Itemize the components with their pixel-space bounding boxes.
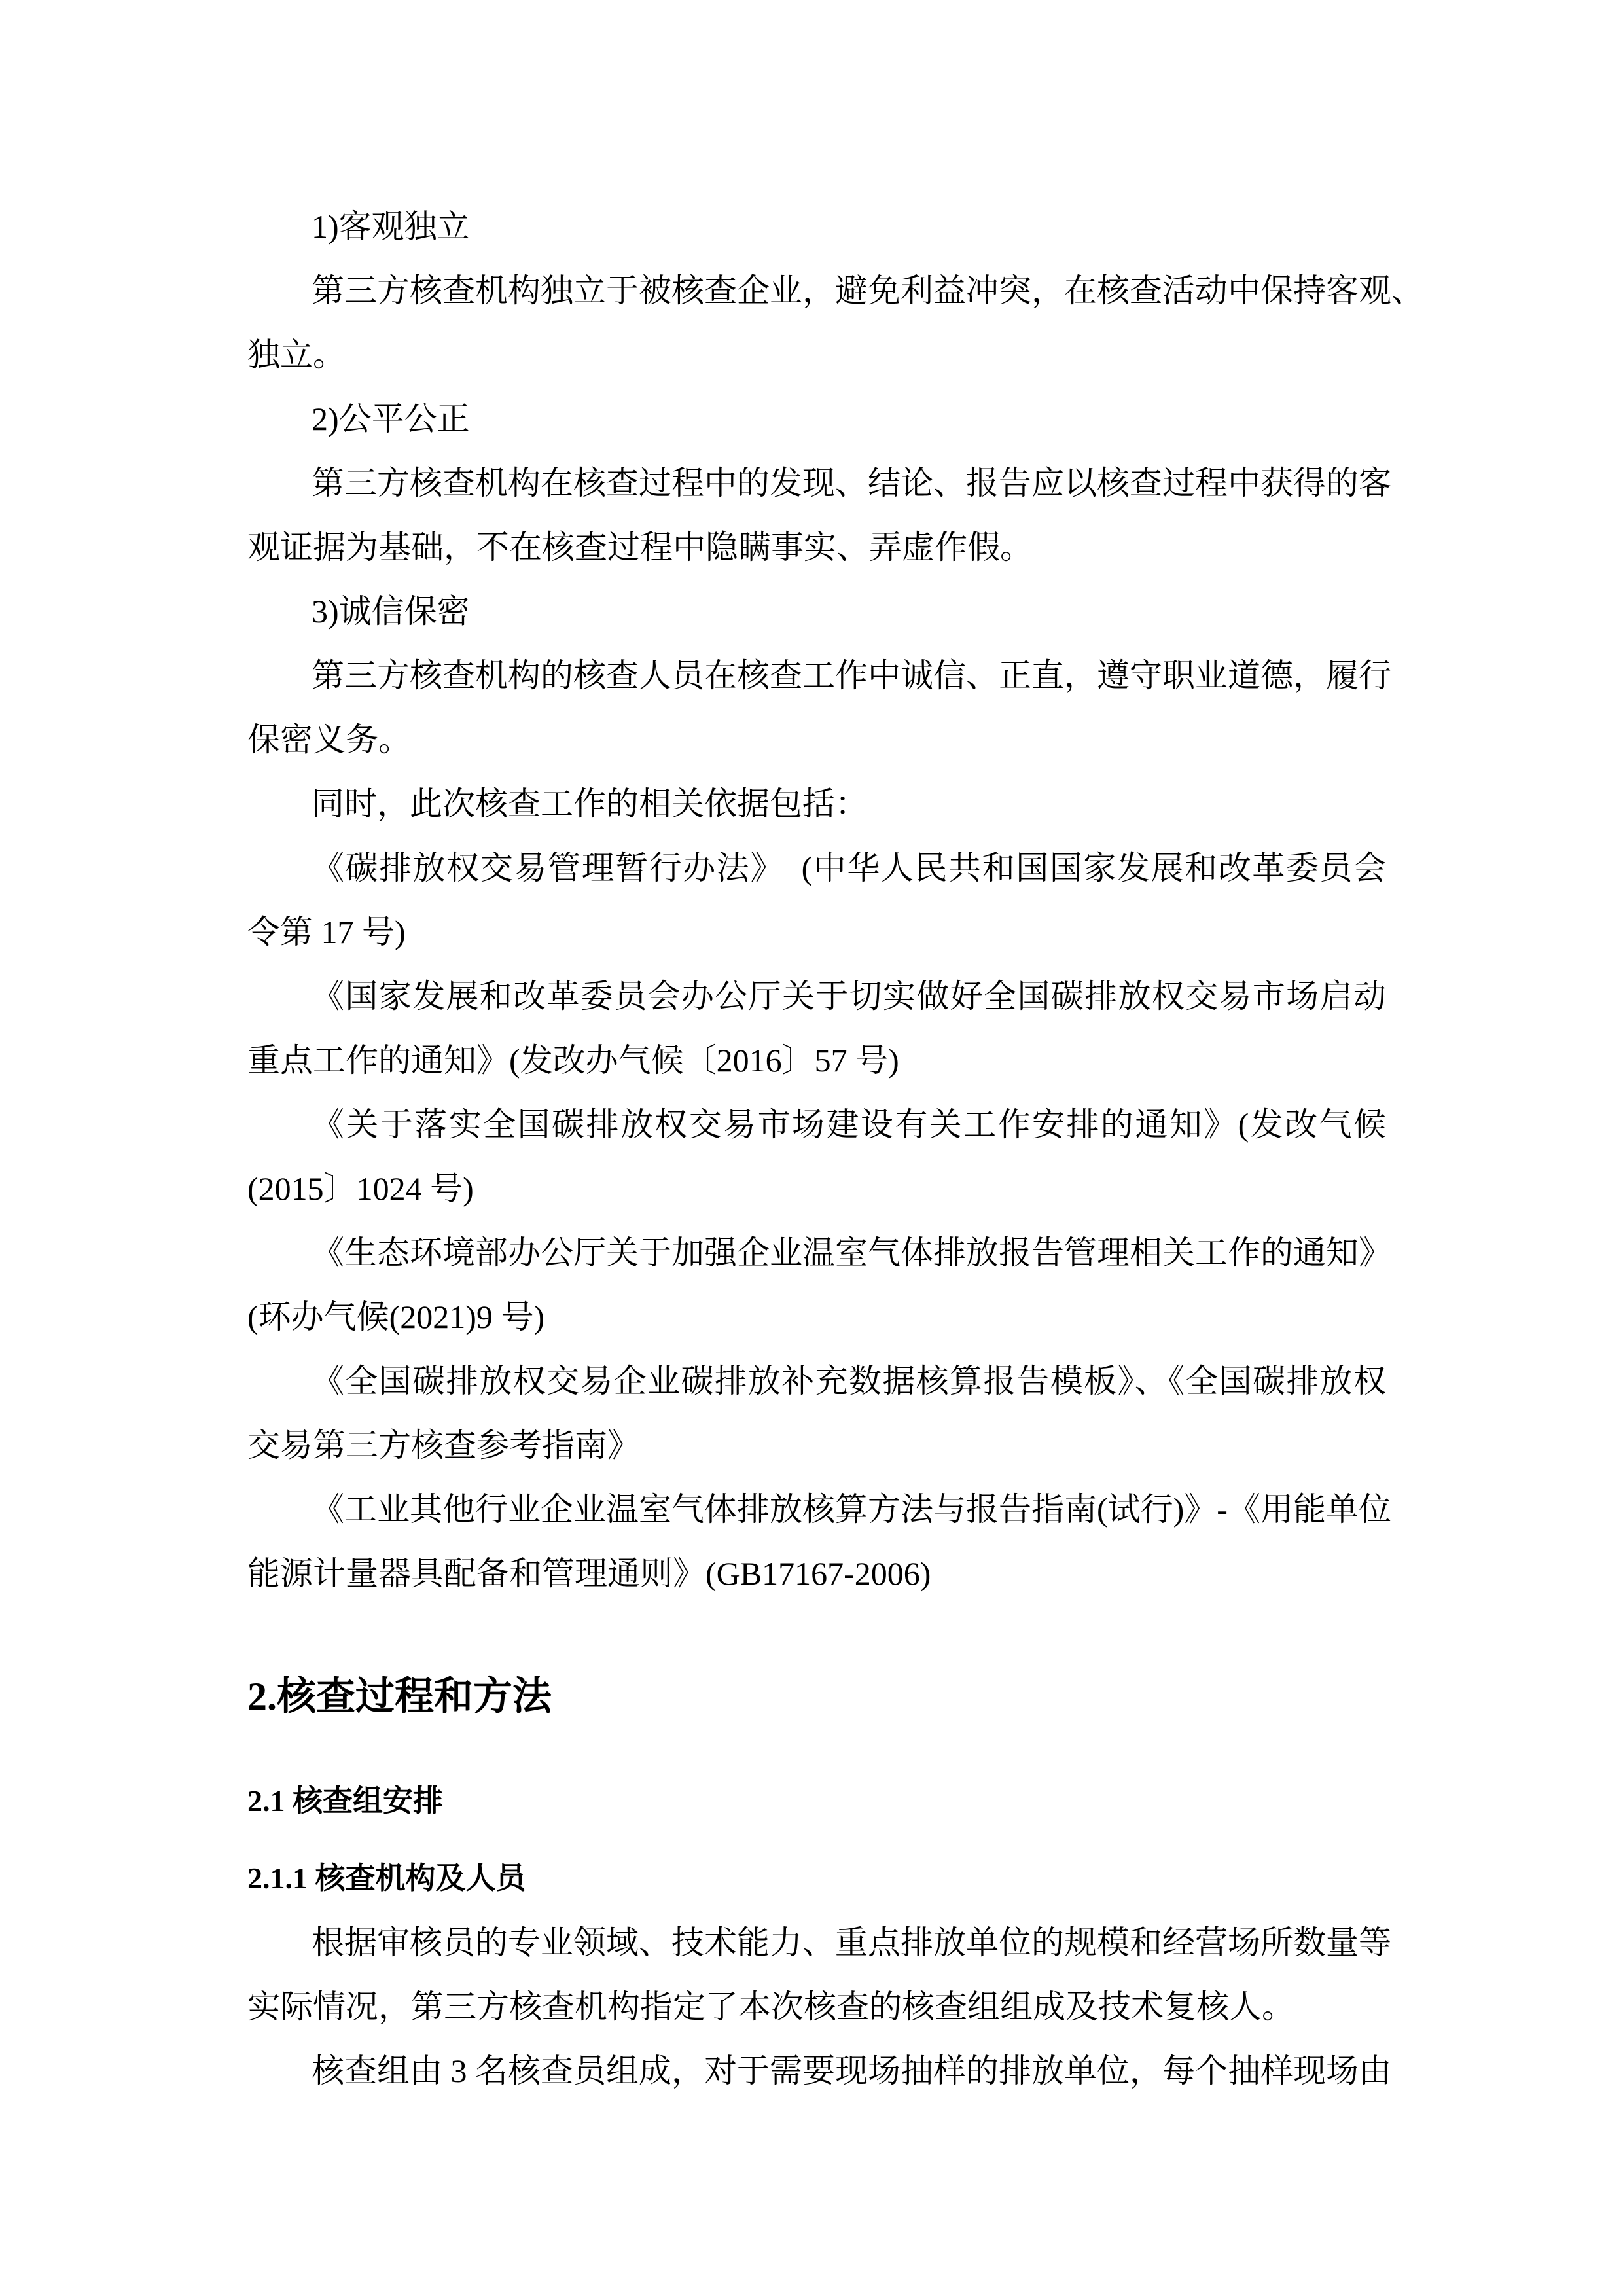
reference-line: 《国家发展和改革委员会办公厅关于切实做好全国碳排放权交易市场启动 <box>312 977 1386 1016</box>
section-heading-2: 2.核查过程和方法 <box>247 1673 552 1720</box>
principle-body-line: 第三方核查机构的核查人员在核查工作中诚信、正直，遵守职业道德，履行 <box>312 656 1386 695</box>
reference-line: 《全国碳排放权交易企业碳排放补充数据核算报告模板》、《全国碳排放权 <box>312 1361 1386 1401</box>
principle-body-line: 观证据为基础，不在核查过程中隐瞒事实、弄虚作假。 <box>247 528 1386 567</box>
principle-body-line: 独立。 <box>247 335 1386 374</box>
principle-title: 1)客观独立 <box>312 207 1386 246</box>
reference-line: 令第 17 号) <box>247 912 1386 952</box>
reference-line: 《碳排放权交易管理暂行办法》 (中华人民共和国国家发展和改革委员会 <box>312 848 1386 888</box>
reference-line: (环办气候(2021)9 号) <box>247 1297 1386 1336</box>
principle-title: 3)诚信保密 <box>312 592 1386 631</box>
reference-line: 《生态环境部办公厅关于加强企业温室气体排放报告管理相关工作的通知》 <box>312 1233 1386 1272</box>
principle-title: 2)公平公正 <box>312 399 1386 439</box>
section-heading-2-1: 2.1 核查组安排 <box>247 1783 443 1820</box>
principle-body-line: 第三方核查机构在核查过程中的发现、结论、报告应以核查过程中获得的客 <box>312 463 1386 503</box>
reference-line: 《关于落实全国碳排放权交易市场建设有关工作安排的通知》(发改气候 <box>312 1105 1386 1144</box>
body-line: 核查组由 3 名核查员组成，对于需要现场抽样的排放单位，每个抽样现场由 <box>312 2051 1386 2090</box>
body-line: 根据审核员的专业领域、技术能力、重点排放单位的规模和经营场所数量等 <box>312 1923 1386 1962</box>
section-heading-2-1-1: 2.1.1 核查机构及人员 <box>247 1860 526 1897</box>
document-page: 1)客观独立 第三方核查机构独立于被核查企业，避免利益冲突，在核查活动中保持客观… <box>0 0 1623 2296</box>
reference-line: 能源计量器具配备和管理通则》(GB17167-2006) <box>247 1554 1386 1593</box>
reference-line: 交易第三方核查参考指南》 <box>247 1426 1386 1465</box>
reference-line: (2015〕1024 号) <box>247 1169 1386 1208</box>
body-line: 实际情况，第三方核查机构指定了本次核查的核查组组成及技术复核人。 <box>247 1987 1386 2026</box>
basis-intro: 同时，此次核查工作的相关依据包括： <box>312 784 1386 823</box>
reference-line: 重点工作的通知》(发改办气候〔2016〕57 号) <box>247 1041 1386 1080</box>
principle-body-line: 第三方核查机构独立于被核查企业，避免利益冲突，在核查活动中保持客观、 <box>312 271 1386 310</box>
reference-line: 《工业其他行业企业温室气体排放核算方法与报告指南(试行)》-《用能单位 <box>312 1490 1386 1529</box>
principle-body-line: 保密义务。 <box>247 720 1386 759</box>
